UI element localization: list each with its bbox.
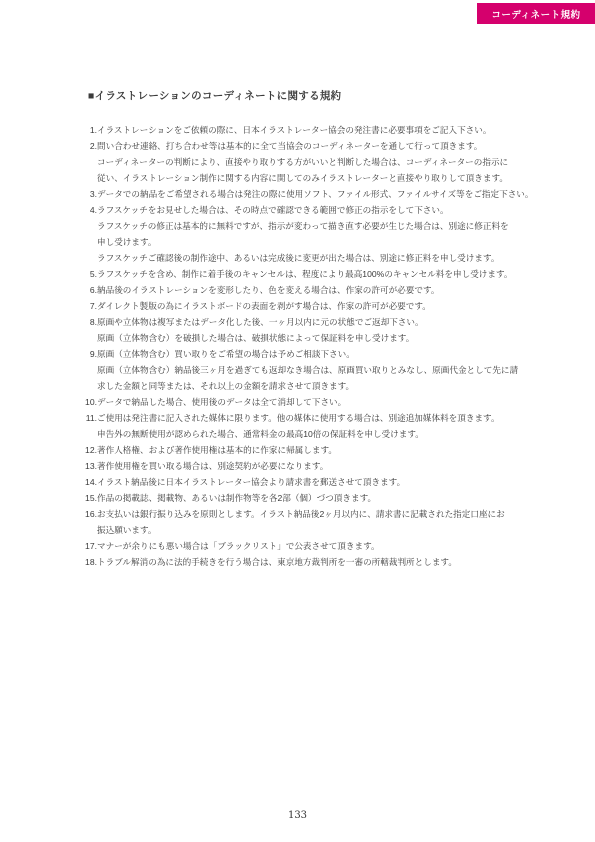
rule-line-cont: コーディネーターの判断により、直接やり取りする方がいいと判断した場合は、コーディ… [85,154,523,170]
rule-number: 7. [85,298,97,314]
rule-text: 著作使用権を買い取る場合は、別途契約が必要になります。 [97,461,328,471]
rule-item: 18.トラブル解消の為に法的手続きを行う場合は、東京地方裁判所を一審の所轄裁判所… [85,554,523,570]
rule-line-first: 4.ラフスケッチをお見せした場合は、その時点で確認できる範囲で修正の指示をして下… [85,202,523,218]
rule-item: 7.ダイレクト製版の為にイラストボードの表面を剥がす場合は、作家の許可が必要です… [85,298,523,314]
document-page: コーディネート規約 ■イラストレーションのコーディネートに関する規約 1.イラス… [0,0,595,842]
rule-line-cont: 従い、イラストレーション制作に関する内容に関してのみイラストレーターと直接やり取… [85,170,523,186]
rule-line-first: 16.お支払いは銀行振り込みを原則とします。イラスト納品後2ヶ月以内に、請求書に… [85,506,523,522]
rule-item: 13.著作使用権を買い取る場合は、別途契約が必要になります。 [85,458,523,474]
rule-item: 12.著作人格権、および著作使用権は基本的に作家に帰属します。 [85,442,523,458]
rule-number: 16. [85,506,97,522]
rule-text: ご使用は発注書に記入された媒体に限ります。他の媒体に使用する場合は、別途追加媒体… [97,413,500,423]
rule-item: 9.原画（立体物含む）買い取りをご希望の場合は予めご相談下さい。原画（立体物含む… [85,346,523,394]
rule-line-first: 6.納品後のイラストレーションを変形したり、色を変える場合は、作家の許可が必要で… [85,282,523,298]
rule-number: 14. [85,474,97,490]
rule-line-cont: ラフスケッチの修正は基本的に無料ですが、指示が変わって描き直す必要が生じた場合は… [85,218,523,234]
rule-number: 2. [85,138,97,154]
rule-text: 作品の掲載誌、掲載物、あるいは制作物等を各2部（個）づつ頂きます。 [97,493,376,503]
rule-text: ラフスケッチを含め、制作に着手後のキャンセルは、程度により最高100%のキャンセ… [97,269,513,279]
section-index-tab-label: コーディネート規約 [491,7,580,21]
rule-line-cont: 原画（立体物含む）を破損した場合は、破損状態によって保証料を申し受けます。 [85,330,523,346]
rule-item: 4.ラフスケッチをお見せした場合は、その時点で確認できる範囲で修正の指示をして下… [85,202,523,266]
rule-line-cont: 求した金額と同等または、それ以上の金額を請求させて頂きます。 [85,378,523,394]
rule-line-cont: 申し受けます。 [85,234,523,250]
rule-number: 4. [85,202,97,218]
rule-line-first: 11.ご使用は発注書に記入された媒体に限ります。他の媒体に使用する場合は、別途追… [85,410,523,426]
rule-text: 納品後のイラストレーションを変形したり、色を変える場合は、作家の許可が必要です。 [97,285,439,295]
page-title: ■イラストレーションのコーディネートに関する規約 [88,88,341,103]
rule-number: 5. [85,266,97,282]
rule-text: トラブル解消の為に法的手続きを行う場合は、東京地方裁判所を一審の所轄裁判所としま… [97,557,457,567]
rule-line-first: 2.問い合わせ連絡、打ち合わせ等は基本的に全て当協会のコーディネーターを通して行… [85,138,523,154]
rule-line-first: 5.ラフスケッチを含め、制作に着手後のキャンセルは、程度により最高100%のキャ… [85,266,523,282]
rule-number: 13. [85,458,97,474]
rule-line-cont: ラフスケッチご確認後の制作途中、あるいは完成後に変更が出た場合は、別途に修正料を… [85,250,523,266]
rule-line-cont: 原画（立体物含む）納品後三ヶ月を過ぎても返却なき場合は、原画買い取りとみなし、原… [85,362,523,378]
rule-item: 3.データでの納品をご希望される場合は発注の際に使用ソフト、ファイル形式、ファイ… [85,186,523,202]
rule-line-first: 1.イラストレーションをご依頼の際に、日本イラストレーター協会の発注書に必要事項… [85,122,523,138]
rule-item: 1.イラストレーションをご依頼の際に、日本イラストレーター協会の発注書に必要事項… [85,122,523,138]
rule-item: 8.原画や立体物は複写またはデータ化した後、一ヶ月以内に元の状態でご返却下さい。… [85,314,523,346]
rule-text: データで納品した場合、使用後のデータは全て消却して下さい。 [97,397,346,407]
section-index-tab: コーディネート規約 [477,3,595,24]
rule-line-first: 17.マナーが余りにも悪い場合は「ブラックリスト」で公表させて頂きます。 [85,538,523,554]
rule-item: 17.マナーが余りにも悪い場合は「ブラックリスト」で公表させて頂きます。 [85,538,523,554]
rule-line-first: 10.データで納品した場合、使用後のデータは全て消却して下さい。 [85,394,523,410]
rule-text: 問い合わせ連絡、打ち合わせ等は基本的に全て当協会のコーディネーターを通して行って… [97,141,482,151]
rule-number: 9. [85,346,97,362]
rule-text: データでの納品をご希望される場合は発注の際に使用ソフト、ファイル形式、ファイルサ… [97,189,533,199]
rule-item: 5.ラフスケッチを含め、制作に着手後のキャンセルは、程度により最高100%のキャ… [85,266,523,282]
rule-number: 6. [85,282,97,298]
rule-line-cont: 振込願います。 [85,522,523,538]
rule-text: ラフスケッチをお見せした場合は、その時点で確認できる範囲で修正の指示をして下さい… [97,205,449,215]
rule-line-first: 14.イラスト納品後に日本イラストレーター協会より請求書を郵送させて頂きます。 [85,474,523,490]
rule-text: 著作人格権、および著作使用権は基本的に作家に帰属します。 [97,445,337,455]
rule-number: 8. [85,314,97,330]
rule-item: 15.作品の掲載誌、掲載物、あるいは制作物等を各2部（個）づつ頂きます。 [85,490,523,506]
rule-item: 10.データで納品した場合、使用後のデータは全て消却して下さい。 [85,394,523,410]
rule-number: 17. [85,538,97,554]
rule-line-first: 7.ダイレクト製版の為にイラストボードの表面を剥がす場合は、作家の許可が必要です… [85,298,523,314]
rule-line-cont: 申告外の無断使用が認められた場合、通常料金の最高10倍の保証料を申し受けます。 [85,426,523,442]
rules-list: 1.イラストレーションをご依頼の際に、日本イラストレーター協会の発注書に必要事項… [85,122,523,570]
rule-text: イラストレーションをご依頼の際に、日本イラストレーター協会の発注書に必要事項をご… [97,125,491,135]
rule-line-first: 9.原画（立体物含む）買い取りをご希望の場合は予めご相談下さい。 [85,346,523,362]
rule-item: 2.問い合わせ連絡、打ち合わせ等は基本的に全て当協会のコーディネーターを通して行… [85,138,523,186]
rule-line-first: 3.データでの納品をご希望される場合は発注の際に使用ソフト、ファイル形式、ファイ… [85,186,523,202]
rule-line-first: 13.著作使用権を買い取る場合は、別途契約が必要になります。 [85,458,523,474]
rule-text: お支払いは銀行振り込みを原則とします。イラスト納品後2ヶ月以内に、請求書に記載さ… [97,509,505,519]
rule-number: 18. [85,554,97,570]
rule-number: 1. [85,122,97,138]
rule-text: 原画や立体物は複写またはデータ化した後、一ヶ月以内に元の状態でご返却下さい。 [97,317,424,327]
rule-text: ダイレクト製版の為にイラストボードの表面を剥がす場合は、作家の許可が必要です。 [97,301,431,311]
rule-number: 11. [85,410,97,426]
page-number: 133 [0,810,595,821]
rule-text: マナーが余りにも悪い場合は「ブラックリスト」で公表させて頂きます。 [97,541,380,551]
rule-line-first: 12.著作人格権、および著作使用権は基本的に作家に帰属します。 [85,442,523,458]
rule-text: イラスト納品後に日本イラストレーター協会より請求書を郵送させて頂きます。 [97,477,405,487]
rule-line-first: 8.原画や立体物は複写またはデータ化した後、一ヶ月以内に元の状態でご返却下さい。 [85,314,523,330]
rule-item: 6.納品後のイラストレーションを変形したり、色を変える場合は、作家の許可が必要で… [85,282,523,298]
rule-line-first: 18.トラブル解消の為に法的手続きを行う場合は、東京地方裁判所を一審の所轄裁判所… [85,554,523,570]
rule-item: 14.イラスト納品後に日本イラストレーター協会より請求書を郵送させて頂きます。 [85,474,523,490]
rule-line-first: 15.作品の掲載誌、掲載物、あるいは制作物等を各2部（個）づつ頂きます。 [85,490,523,506]
rule-number: 3. [85,186,97,202]
rule-number: 15. [85,490,97,506]
rule-item: 11.ご使用は発注書に記入された媒体に限ります。他の媒体に使用する場合は、別途追… [85,410,523,442]
rule-number: 10. [85,394,97,410]
rule-text: 原画（立体物含む）買い取りをご希望の場合は予めご相談下さい。 [97,349,355,359]
rule-number: 12. [85,442,97,458]
rule-item: 16.お支払いは銀行振り込みを原則とします。イラスト納品後2ヶ月以内に、請求書に… [85,506,523,538]
